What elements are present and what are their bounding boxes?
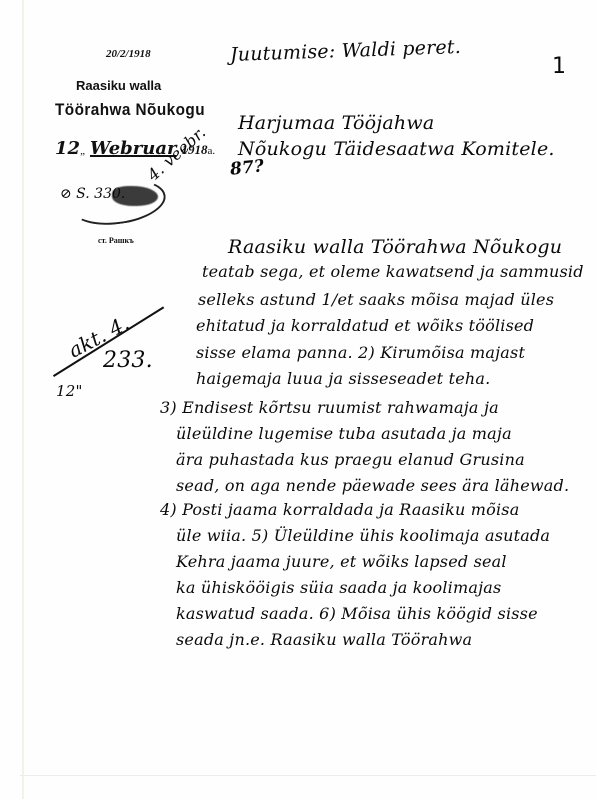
body-line: seada jn.e. Raasiku walla Töörahwa	[176, 630, 472, 649]
archive-number: 233.	[103, 348, 153, 373]
letterhead-line1: Raasiku walla	[76, 78, 161, 93]
body-line: ära puhastada kus praegu elanud Grusina	[176, 450, 525, 469]
top-handwritten-note: Juutumise: Waldi peret.	[230, 36, 462, 66]
body-line: 4) Posti jaama korraldada ja Raasiku mõi…	[160, 500, 519, 519]
register-number: 87?	[229, 156, 265, 179]
page-edge-left	[22, 0, 24, 799]
station-label: ст. Рашкъ	[98, 236, 134, 245]
body-line: sisse elama panna. 2) Kirumõisa majast	[196, 343, 525, 362]
body-line: ehitatud ja korraldatud et wõiks töölise…	[196, 316, 534, 335]
body-line: selleks astund 1/et saaks mõisa majad ül…	[198, 290, 554, 309]
scanned-document-page: 20/2/1918 Raasiku walla Töörahwa Nõukogu…	[0, 0, 596, 799]
body-line: teatab sega, et oleme kawatsend ja sammu…	[202, 262, 584, 281]
body-line: 3) Endisest kõrtsu ruumist rahwamaja ja	[160, 398, 499, 417]
body-line: ka ühiskööigis süia saada ja koolimajas	[176, 578, 501, 597]
body-line: sead, on aga nende päewade sees ära lähe…	[176, 476, 569, 495]
body-line: üle wiia. 5) Üleüldine ühis koolimaja as…	[176, 526, 550, 545]
body-line: Raasiku walla Töörahwa Nõukogu	[228, 236, 562, 258]
body-line: kaswatud saada. 6) Mõisa ühis köögid sis…	[176, 604, 538, 623]
body-line: Kehra jaama juure, et wõiks lapsed seal	[176, 552, 507, 571]
date-day: 12	[55, 138, 80, 159]
received-date-stamp: 20/2/1918	[106, 48, 151, 60]
body-line: üleüldine lugemise tuba asutada ja maja	[176, 424, 512, 443]
page-edge-bottom	[20, 775, 596, 776]
stamp-text: ⊘ S. 330.	[60, 186, 125, 202]
addressee-line1: Harjumaa Tööjahwa	[238, 112, 434, 134]
page-number: 1	[552, 54, 566, 79]
date-quote: „	[80, 145, 85, 157]
body-line: haigemaja luua ja sisseseadet teha.	[196, 369, 490, 388]
archive-extra-mark: 12"	[56, 382, 83, 400]
addressee-line2: Nõukogu Täidesaatwa Komitele.	[238, 138, 555, 160]
date-suffix: a.	[208, 145, 216, 157]
letterhead-line2: Töörahwa Nõukogu	[55, 100, 205, 120]
